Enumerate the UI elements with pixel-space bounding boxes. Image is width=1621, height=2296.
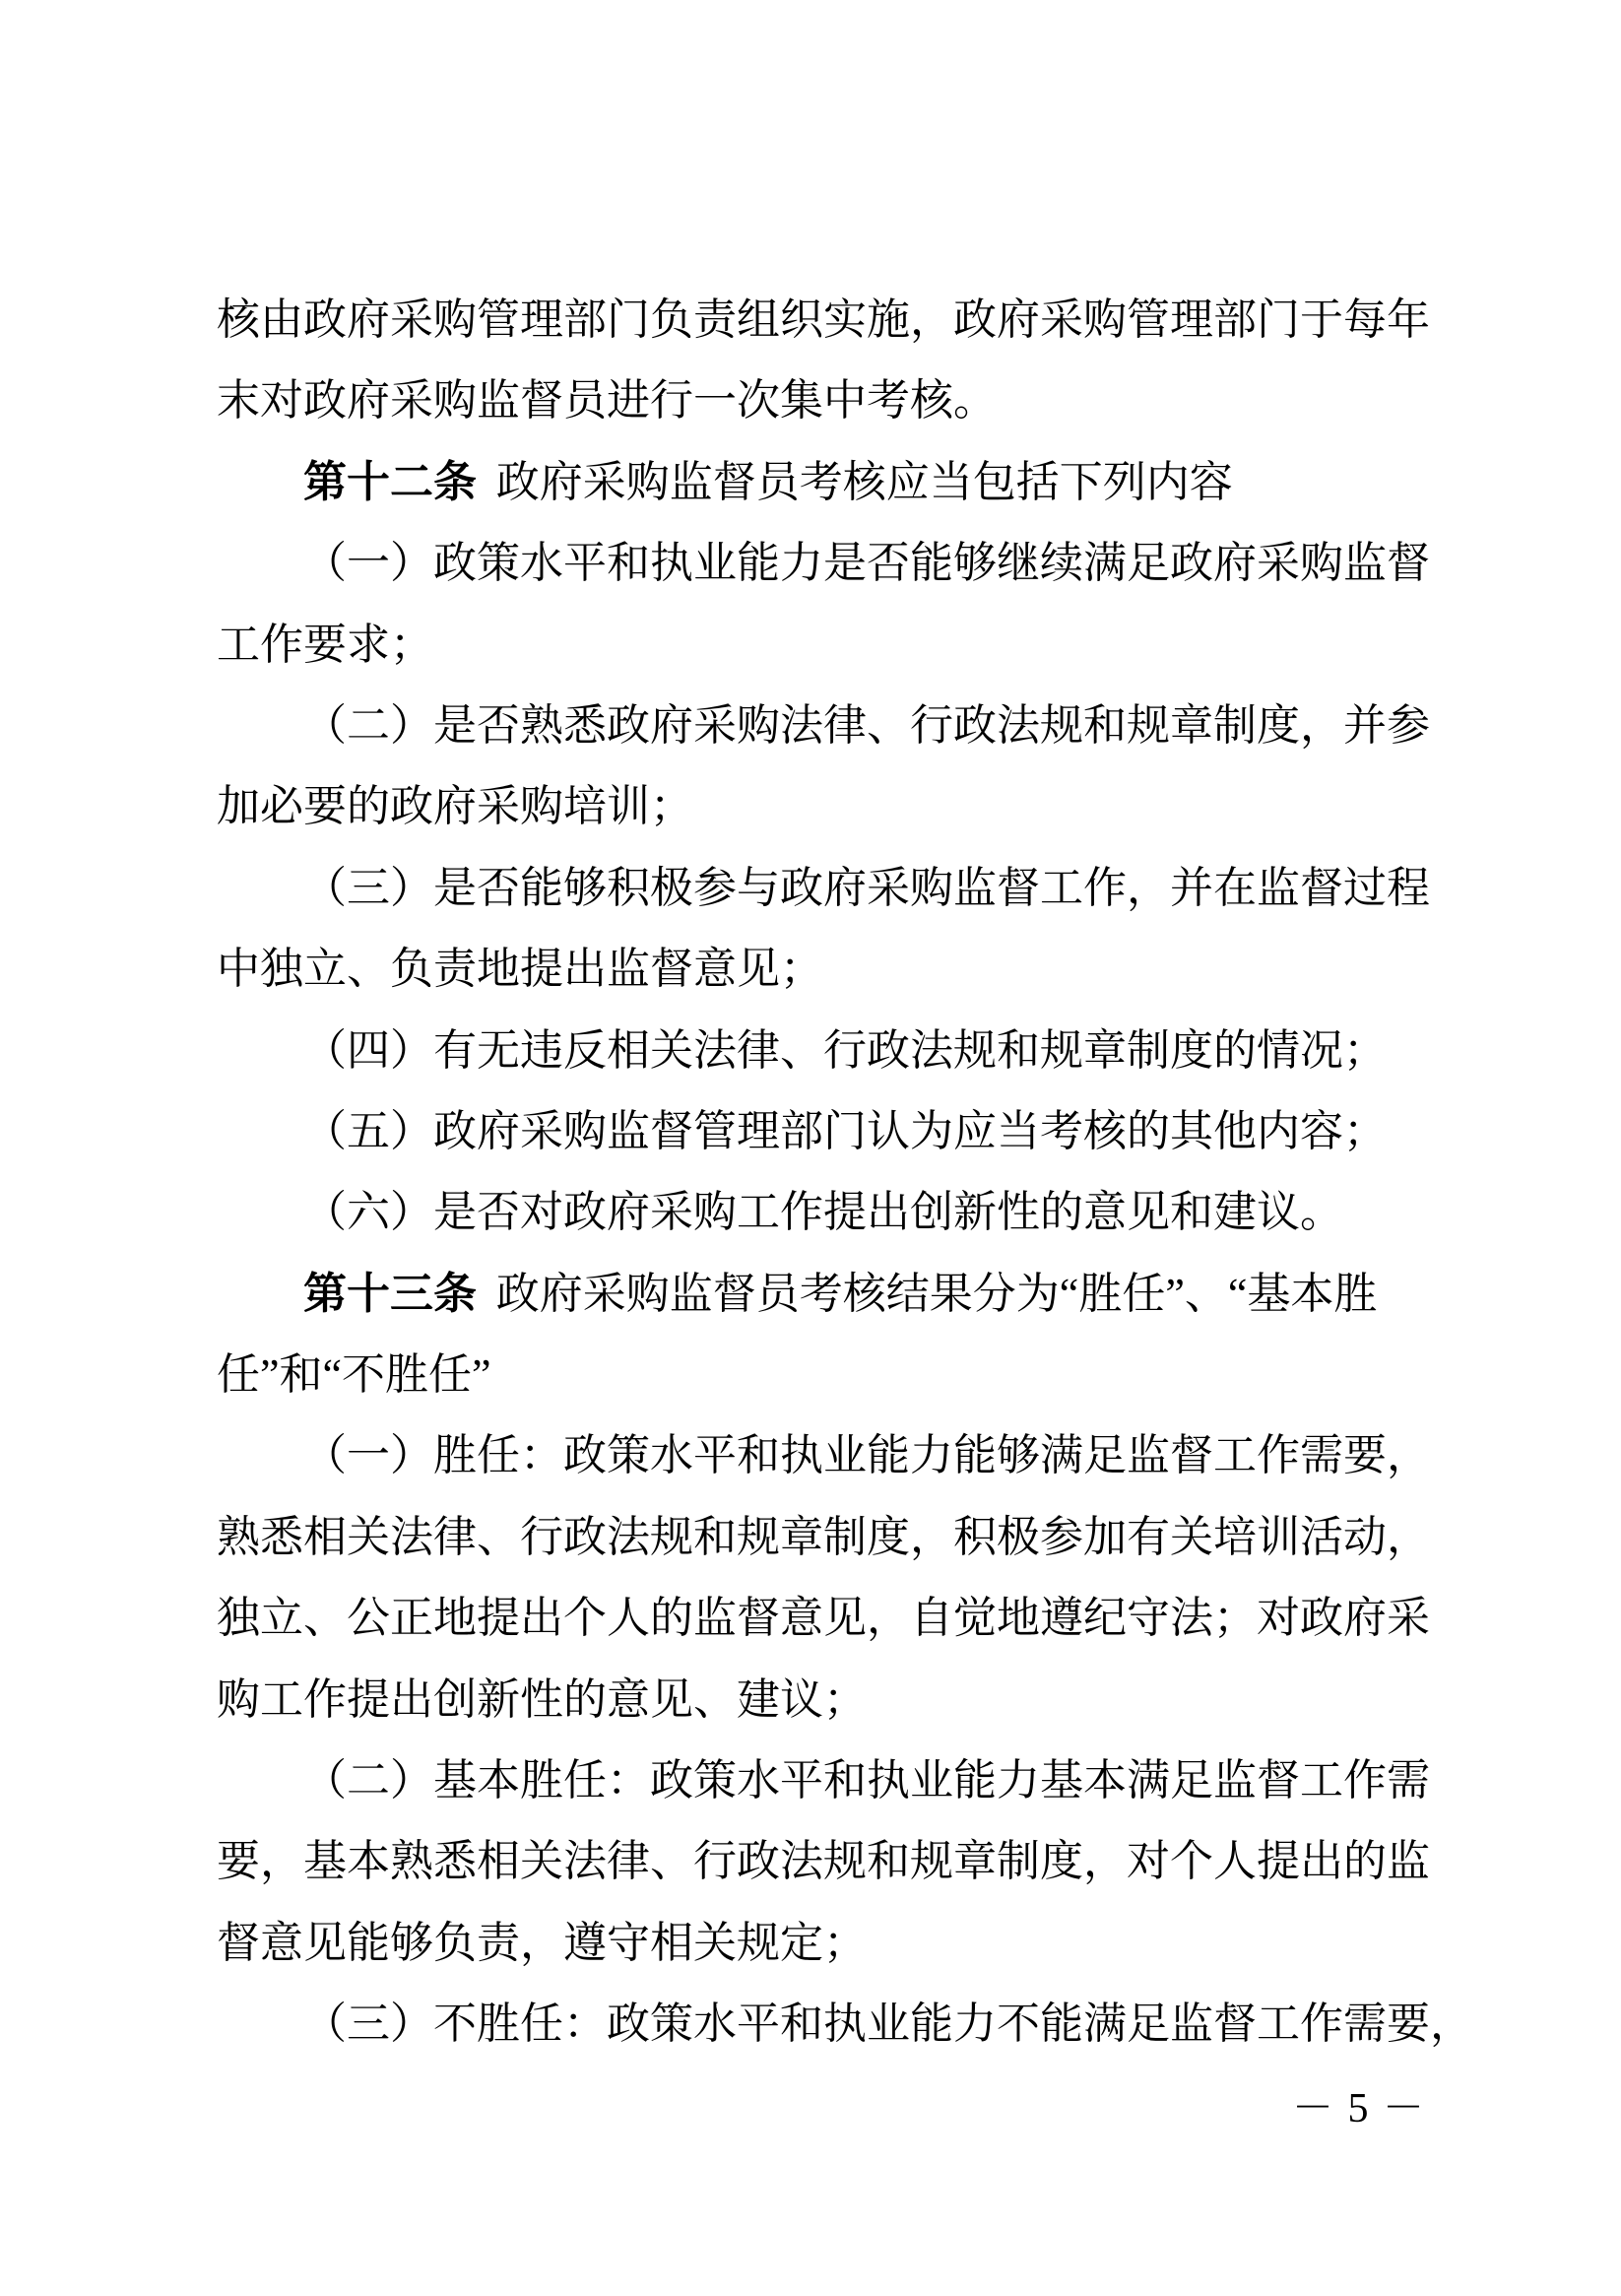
text-line: 熟悉相关法律、行政法规和规章制度，积极参加有关培训活动， [217, 1497, 1438, 1578]
text-line-content: 工作要求； [217, 621, 433, 669]
text-line-content: （二）基本胜任：政策水平和执业能力基本满足监督工作需 [303, 1756, 1430, 1804]
text-line-content: （五）政府采购监督管理部门认为应当考核的其他内容； [303, 1107, 1387, 1155]
text-line-content: （一）政策水平和执业能力是否能够继续满足政府采购监督 [303, 539, 1430, 587]
text-line: 要，基本熟悉相关法律、行政法规和规章制度，对个人提出的监 [217, 1821, 1438, 1902]
text-line: （二）基本胜任：政策水平和执业能力基本满足监督工作需 [217, 1740, 1438, 1821]
text-line: （三）不胜任：政策水平和执业能力不能满足监督工作需要， [217, 1984, 1438, 2065]
text-line: （一）政策水平和执业能力是否能够继续满足政府采购监督 [217, 523, 1438, 604]
text-line-content: 政府采购监督员考核结果分为“胜任”、“基本胜 [496, 1270, 1378, 1318]
text-line: 第十二条政府采购监督员考核应当包括下列内容 [217, 442, 1438, 523]
text-line: （二）是否熟悉政府采购法律、行政法规和规章制度，并参 [217, 686, 1438, 766]
text-line-content: 熟悉相关法律、行政法规和规章制度，积极参加有关培训活动， [217, 1513, 1430, 1561]
text-line: （一）胜任：政策水平和执业能力能够满足监督工作需要， [217, 1415, 1438, 1496]
text-line-content: 要，基本熟悉相关法律、行政法规和规章制度，对个人提出的监 [217, 1837, 1430, 1885]
text-line: 加必要的政府采购培训； [217, 766, 1438, 847]
document-page: 核由政府采购管理部门负责组织实施，政府采购管理部门于每年 末对政府采购监督员进行… [0, 0, 1621, 2296]
text-line: 独立、公正地提出个人的监督意见，自觉地遵纪守法；对政府采 [217, 1578, 1438, 1659]
text-line: 工作要求； [217, 605, 1438, 686]
text-line-content: 购工作提出创新性的意见、建议； [217, 1675, 867, 1724]
text-line: 核由政府采购管理部门负责组织实施，政府采购管理部门于每年 [217, 280, 1438, 361]
page-number: － 5 － [1280, 2086, 1438, 2132]
text-line: 督意见能够负责，遵守相关规定； [217, 1903, 1438, 1984]
text-line-content: 政府采购监督员考核应当包括下列内容 [496, 458, 1233, 506]
text-line-content: 核由政府采购管理部门负责组织实施，政府采购管理部门于每年 [217, 295, 1430, 344]
text-line: 任”和“不胜任” [217, 1335, 1438, 1415]
text-line: 末对政府采购监督员进行一次集中考核。 [217, 361, 1438, 441]
text-line-content: 督意见能够负责，遵守相关规定； [217, 1919, 867, 1967]
text-line-content: （二）是否熟悉政府采购法律、行政法规和规章制度，并参 [303, 701, 1430, 750]
text-line: （四）有无违反相关法律、行政法规和规章制度的情况； [217, 1011, 1438, 1091]
text-line: 购工作提出创新性的意见、建议； [217, 1660, 1438, 1740]
text-line-content: 加必要的政府采购培训； [217, 782, 693, 830]
text-line-content: 中独立、负责地提出监督意见； [217, 945, 823, 993]
text-line: 中独立、负责地提出监督意见； [217, 929, 1438, 1010]
text-line: （五）政府采购监督管理部门认为应当考核的其他内容； [217, 1091, 1438, 1172]
text-line-content: （三）是否能够积极参与政府采购监督工作，并在监督过程 [303, 864, 1430, 912]
text-line: 第十三条政府采购监督员考核结果分为“胜任”、“基本胜 [217, 1254, 1438, 1335]
article-number: 第十三条 [303, 1270, 477, 1318]
text-line: （三）是否能够积极参与政府采购监督工作，并在监督过程 [217, 848, 1438, 929]
document-body: 核由政府采购管理部门负责组织实施，政府采购管理部门于每年 末对政府采购监督员进行… [217, 280, 1438, 2066]
text-line-content: （四）有无违反相关法律、行政法规和规章制度的情况； [303, 1026, 1387, 1075]
text-line-content: 任”和“不胜任” [217, 1350, 491, 1399]
article-number: 第十二条 [303, 458, 477, 506]
text-line-content: （三）不胜任：政策水平和执业能力不能满足监督工作需要， [303, 2000, 1473, 2048]
text-line-content: 独立、公正地提出个人的监督意见，自觉地遵纪守法；对政府采 [217, 1594, 1430, 1642]
text-line-content: （六）是否对政府采购工作提出创新性的意见和建议。 [303, 1188, 1343, 1236]
text-line-content: （一）胜任：政策水平和执业能力能够满足监督工作需要， [303, 1431, 1430, 1479]
text-line-content: 末对政府采购监督员进行一次集中考核。 [217, 376, 997, 425]
text-line: （六）是否对政府采购工作提出创新性的意见和建议。 [217, 1172, 1438, 1253]
